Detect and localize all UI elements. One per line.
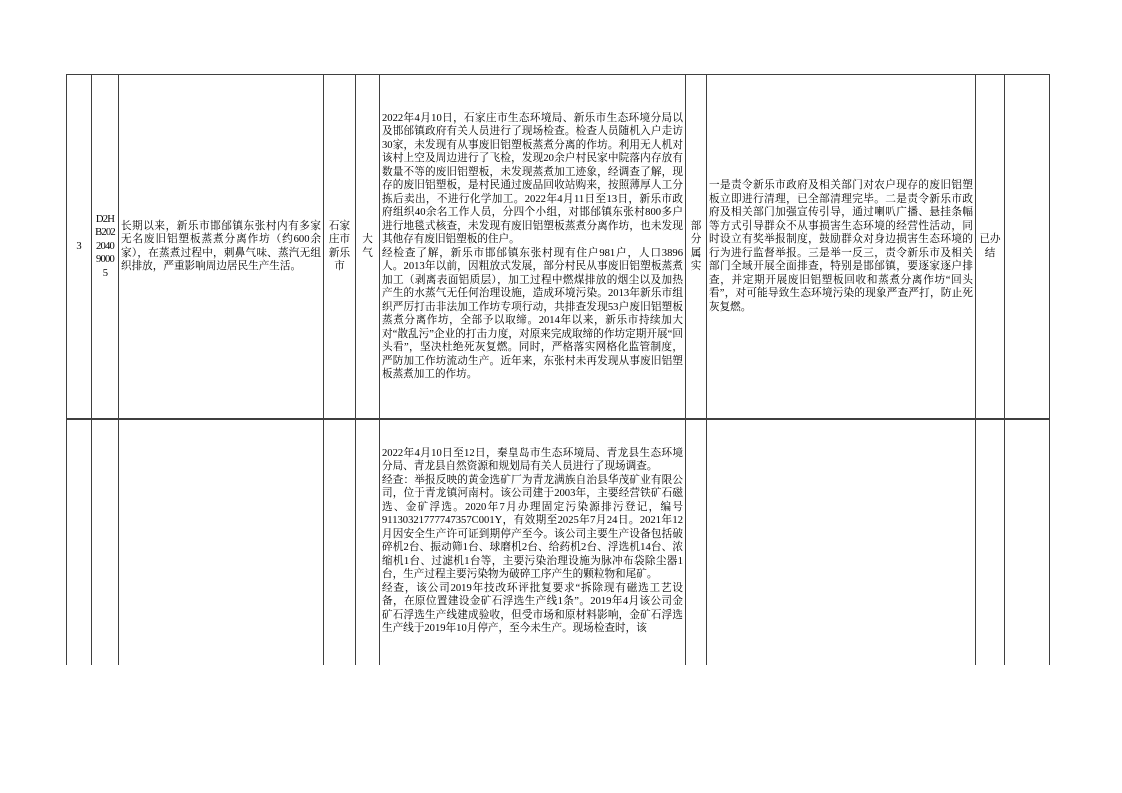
cell-serial-number [67, 419, 92, 665]
cell-region: 石家庄市新乐市 [324, 75, 356, 420]
cell-complaint-summary [119, 419, 324, 665]
cell-verification [686, 419, 707, 665]
cell-verification: 部分属实 [686, 75, 707, 420]
cell-acceptance-id [92, 419, 119, 665]
cell-region [324, 419, 356, 665]
cell-complaint-summary: 长期以来，新乐市邯邰镇东张村内有多家无名废旧铝塑板蒸煮分离作坊（约600余家），… [119, 75, 324, 420]
cell-completion-status: 已办结 [976, 75, 1005, 420]
cell-pollution-type: 大气 [356, 75, 380, 420]
complaint-handling-table: 3 D2HB202204090005 长期以来，新乐市邯邰镇东张村内有多家无名废… [66, 74, 1050, 665]
table-row: 3 D2HB202204090005 长期以来，新乐市邯邰镇东张村内有多家无名废… [67, 75, 1050, 420]
investigation-text: 2022年4月10日至12日，秦皇岛市生态环境局、青龙县生态环境分局、青龙县自然… [382, 447, 683, 652]
document-page: 3 D2HB202204090005 长期以来，新乐市邯邰镇东张村内有多家无名废… [0, 0, 1122, 793]
cell-investigation: 2022年4月10日，石家庄市生态环境局、新乐市生态环境分局以及邯邰镇政府有关人… [380, 75, 686, 420]
cell-investigation: 2022年4月10日至12日，秦皇岛市生态环境局、青龙县生态环境分局、青龙县自然… [380, 419, 686, 665]
cell-pollution-type [356, 419, 380, 665]
cell-handling [707, 419, 976, 665]
cell-completion-status [976, 419, 1005, 665]
table-row: 2022年4月10日至12日，秦皇岛市生态环境局、青龙县生态环境分局、青龙县自然… [67, 419, 1050, 665]
cell-serial-number: 3 [67, 75, 92, 420]
cell-acceptance-id: D2HB202204090005 [92, 75, 119, 420]
cell-handling: 一是责令新乐市政府及相关部门对农户现存的废旧铝塑板立即进行清理，已全部清理完毕。… [707, 75, 976, 420]
cell-accountability [1005, 75, 1050, 420]
cell-accountability [1005, 419, 1050, 665]
